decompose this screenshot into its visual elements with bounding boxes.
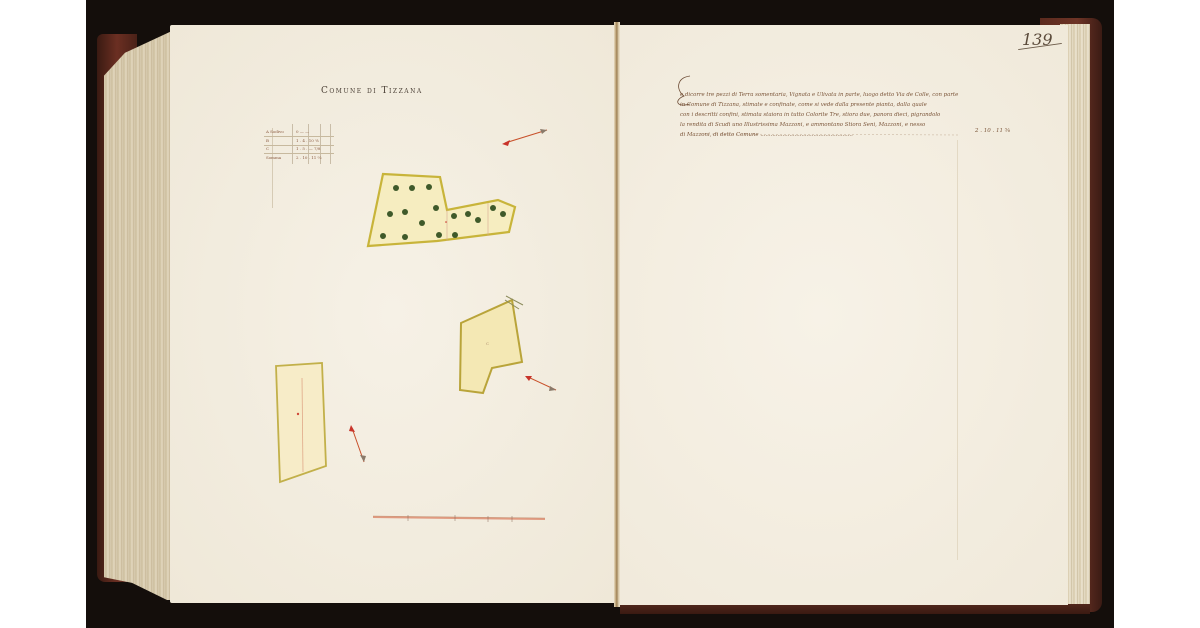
total-amount: 2 . 10 . 11 ⅝: [975, 128, 1010, 134]
text-line: la rendita di Scudi uno Illustrissima Ma…: [680, 120, 970, 130]
text-line: con i descritti confini, stimata staiora…: [680, 110, 970, 120]
margin-rule: [957, 140, 958, 560]
scale-bar: [373, 515, 545, 522]
compass-arrow-middle: [525, 376, 556, 391]
parcel-a: [368, 174, 515, 246]
compass-arrow-bottom: [349, 425, 366, 462]
svg-text:C: C: [486, 341, 489, 346]
handwritten-description: e dicorre tre pezzi di Terra somentaria,…: [680, 90, 970, 140]
cadastral-map: C: [0, 0, 1200, 628]
compass-arrow-top: [502, 129, 547, 146]
text-line: di Mazzoni, di detto Comune ............…: [680, 130, 970, 140]
parcel-b: [276, 363, 326, 482]
text-line: e dicorre tre pezzi di Terra somentaria,…: [680, 90, 970, 100]
parcel-c: C: [460, 296, 523, 393]
text-line: in Comune di Tizzana, stimate e confinat…: [680, 100, 970, 110]
